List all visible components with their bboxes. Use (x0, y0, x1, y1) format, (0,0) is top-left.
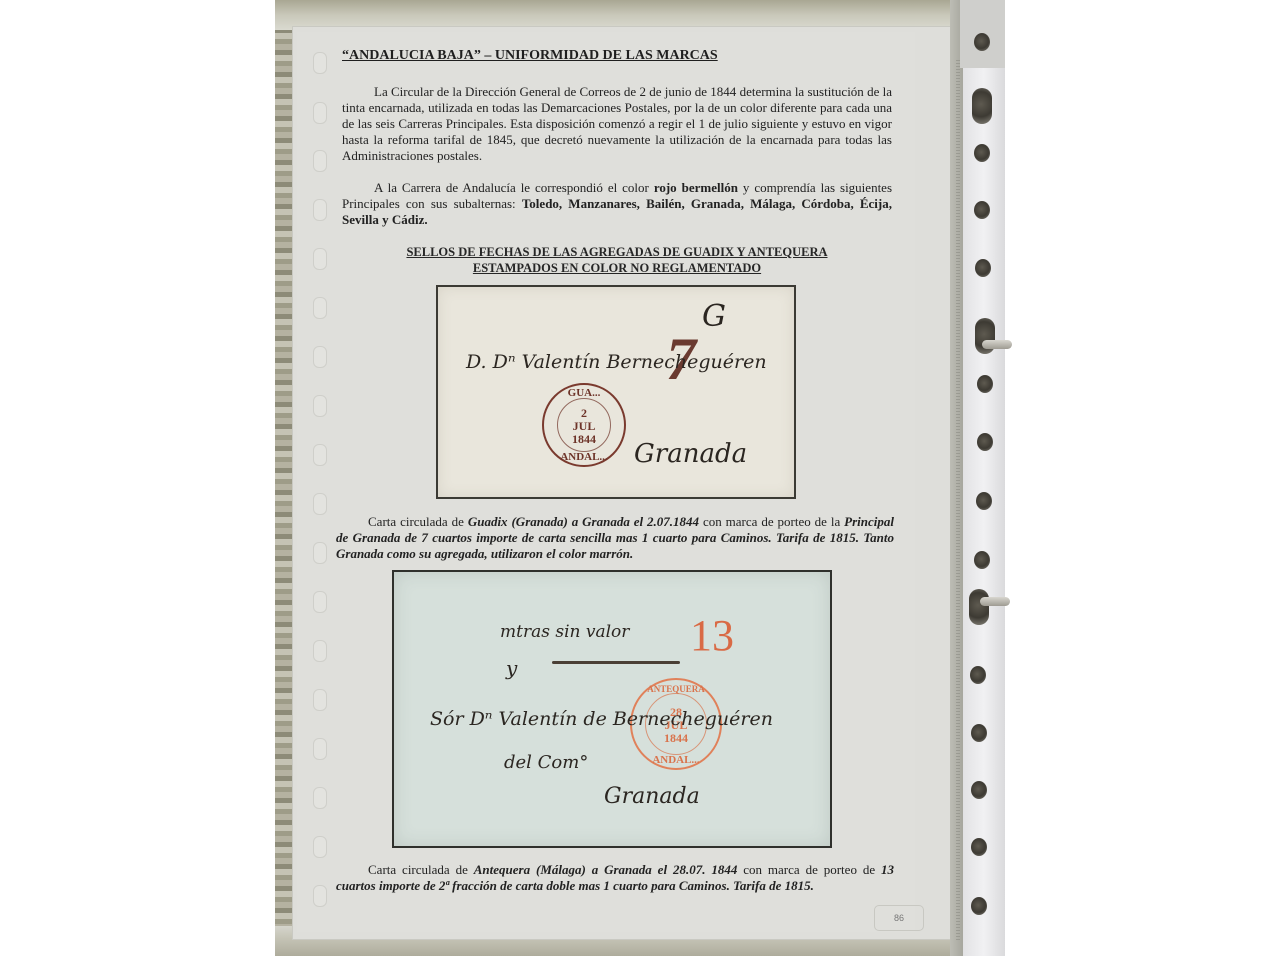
punch-hole (313, 52, 327, 74)
text: con marca de porteo de la (699, 514, 844, 529)
punch-hole (313, 689, 327, 711)
text: A la Carrera de Andalucía le correspondi… (374, 180, 654, 195)
binder-hole (972, 88, 992, 124)
punch-hole (313, 885, 327, 907)
address-city: Granada (604, 784, 700, 809)
text: Carta circulada de (368, 862, 474, 877)
postmark-year: 1844 (544, 433, 624, 445)
punch-hole (313, 591, 327, 613)
postal-cover-antequera: mtras sin valor y 13 ANTEQUERA 28 JUL 18… (392, 570, 832, 848)
postal-cover-guadix: G 7 D. Dⁿ Valentín Bernecheguéren GUA...… (436, 285, 796, 499)
postmark-month: JUL (544, 420, 624, 432)
punch-hole (313, 395, 327, 417)
text: Carta circulada de (368, 514, 468, 529)
section-heading-line1: SELLOS DE FECHAS DE LAS AGREGADAS DE GUA… (342, 244, 892, 260)
manuscript-mark: y (506, 656, 517, 680)
route: Antequera (Málaga) a Granada el 28.07. 1… (474, 862, 738, 877)
binder-hole (976, 492, 992, 510)
postmark-region: ANDAL... (632, 754, 720, 766)
binder-hole (974, 551, 990, 569)
route: Guadix (Granada) a Granada el 2.07.1844 (468, 514, 699, 529)
punch-hole (313, 640, 327, 662)
manuscript-note: mtras sin valor (500, 622, 629, 642)
binder-hole (977, 433, 993, 451)
section-heading-line2: ESTAMPADOS EN COLOR NO REGLAMENTADO (342, 260, 892, 276)
sleeve-seam (956, 60, 960, 940)
binder-hole (974, 33, 990, 51)
address-line: D. Dⁿ Valentín Bernecheguéren (466, 351, 767, 373)
punch-hole (313, 836, 327, 858)
postmark-town: ANTEQUERA (632, 684, 720, 694)
binder-hole (970, 666, 986, 684)
postmark-year: 1844 (632, 732, 720, 744)
punch-hole (313, 787, 327, 809)
punch-hole (313, 346, 327, 368)
binder-hole (971, 724, 987, 742)
punch-hole (313, 102, 327, 124)
punch-hole (313, 738, 327, 760)
section-heading: SELLOS DE FECHAS DE LAS AGREGADAS DE GUA… (342, 244, 892, 276)
postmark: GUA... 2 JUL 1844 ANDAL... (542, 383, 626, 467)
binder-hole (969, 589, 989, 625)
cover-caption-antequera: Carta circulada de Antequera (Málaga) a … (336, 862, 894, 894)
rate-mark: 13 (690, 614, 734, 658)
page-number: 86 (874, 905, 924, 931)
binder-hole (974, 144, 990, 162)
postmark-town: GUA... (544, 387, 624, 399)
text: con marca de porteo de (737, 862, 881, 877)
binder-ring (980, 597, 1010, 606)
intro-paragraph: La Circular de la Dirección General de C… (342, 84, 892, 164)
punch-hole (313, 248, 327, 270)
address-line: Sór Dⁿ Valentín de Bernecheguéren (430, 708, 773, 730)
binder-hole (974, 201, 990, 219)
punch-hole (313, 444, 327, 466)
address-city: Granada (634, 439, 747, 469)
binder-hole (971, 897, 987, 915)
binder-hole (975, 259, 991, 277)
cover-caption-guadix: Carta circulada de Guadix (Granada) a Gr… (336, 514, 894, 562)
manuscript-mark: G (702, 299, 726, 334)
binder-ring (982, 340, 1012, 349)
punch-hole (313, 493, 327, 515)
punch-hole (313, 199, 327, 221)
address-line: del Com° (504, 752, 588, 773)
color-name: rojo bermellón (654, 180, 738, 195)
punch-hole (313, 150, 327, 172)
page-title: “ANDALUCIA BAJA” – UNIFORMIDAD DE LAS MA… (342, 48, 718, 64)
punch-hole (313, 297, 327, 319)
carrera-paragraph: A la Carrera de Andalucía le correspondi… (342, 180, 892, 228)
binder-hole (977, 375, 993, 393)
binder-hole (971, 781, 987, 799)
postmark-day: 2 (544, 407, 624, 419)
postmark-region: ANDAL... (544, 451, 624, 463)
manuscript-stroke (552, 661, 680, 664)
binder-hole (971, 838, 987, 856)
punch-hole (313, 542, 327, 564)
